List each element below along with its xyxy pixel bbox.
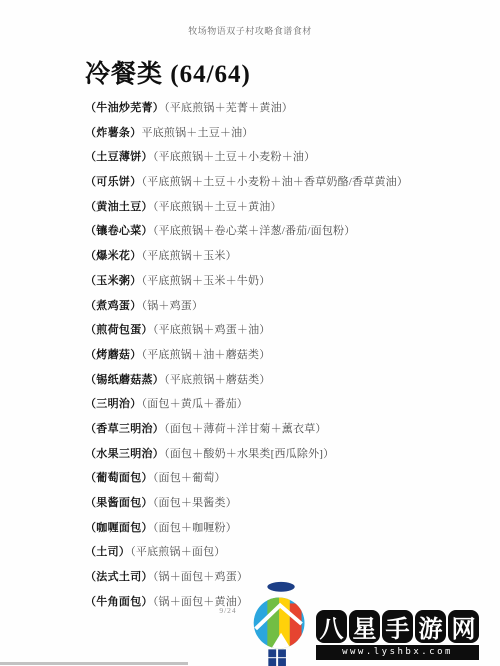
recipe-ingredients: （平底煎锅＋面包） bbox=[130, 546, 225, 558]
document-page: 牧场物语双子村攻略食谱食材 冷餐类 (64/64) （牛油炒芜菁）（平底煎锅＋芜… bbox=[0, 0, 500, 666]
recipe-name: （可乐饼） bbox=[85, 176, 142, 188]
seal-character: 手 bbox=[382, 610, 413, 643]
recipe-row: （土司）（平底煎锅＋面包） bbox=[85, 540, 490, 565]
recipe-name: （土豆薄饼） bbox=[85, 151, 153, 163]
site-name-seal-blocks: 八 星 手 游 网 bbox=[316, 610, 479, 643]
recipe-name: （法式土司） bbox=[85, 571, 153, 583]
recipe-name: （煮鸡蛋） bbox=[85, 300, 142, 312]
recipe-list: （牛油炒芜菁）（平底煎锅＋芜菁＋黄油） （炸薯条）平底煎锅＋土豆＋油） （土豆薄… bbox=[85, 96, 490, 614]
recipe-name: （烤蘑菇） bbox=[85, 349, 142, 361]
recipe-row: （炸薯条）平底煎锅＋土豆＋油） bbox=[85, 121, 490, 146]
recipe-row: （黄油土豆）（平底煎锅＋土豆＋黄油） bbox=[85, 195, 490, 220]
recipe-name: （爆米花） bbox=[85, 250, 142, 262]
recipe-name: （香草三明治） bbox=[85, 423, 164, 435]
recipe-row: （葡萄面包）（面包＋葡萄） bbox=[85, 466, 490, 491]
recipe-name: （牛油炒芜菁） bbox=[85, 102, 164, 114]
recipe-row: （香草三明治）（面包＋薄荷＋洋甘菊＋薰衣草） bbox=[85, 417, 490, 442]
recipe-row: （可乐饼）（平底煎锅＋土豆＋小麦粉＋油＋香草奶酪/香草黄油） bbox=[85, 170, 490, 195]
recipe-ingredients: （面包＋黄瓜＋番茄） bbox=[142, 398, 249, 410]
page-edge-shadow bbox=[0, 662, 188, 665]
recipe-name: （煎荷包蛋） bbox=[85, 324, 153, 336]
site-logo-icon bbox=[252, 578, 314, 666]
recipe-ingredients: 平底煎锅＋土豆＋油） bbox=[142, 127, 254, 139]
recipe-ingredients: （平底煎锅＋鸡蛋＋油） bbox=[153, 324, 271, 336]
recipe-row: （煎荷包蛋）（平底煎锅＋鸡蛋＋油） bbox=[85, 318, 490, 343]
recipe-name: （葡萄面包） bbox=[85, 472, 153, 484]
recipe-name: （三明治） bbox=[85, 398, 142, 410]
recipe-ingredients: （面包＋薄荷＋洋甘菊＋薰衣草） bbox=[164, 423, 327, 435]
recipe-row: （镶卷心菜）（平底煎锅＋卷心菜＋洋葱/番茄/面包粉） bbox=[85, 219, 490, 244]
recipe-row: （锡纸蘑菇蒸）（平底煎锅＋蘑菇类） bbox=[85, 368, 490, 393]
recipe-ingredients: （面包＋果酱类） bbox=[153, 497, 237, 509]
recipe-row: （土豆薄饼）（平底煎锅＋土豆＋小麦粉＋油） bbox=[85, 145, 490, 170]
recipe-name: （镶卷心菜） bbox=[85, 225, 153, 237]
recipe-name: （锡纸蘑菇蒸） bbox=[85, 374, 164, 386]
recipe-ingredients: （平底煎锅＋玉米＋牛奶） bbox=[142, 275, 271, 287]
seal-character: 八 bbox=[316, 610, 347, 643]
recipe-name: （水果三明治） bbox=[85, 448, 164, 460]
recipe-ingredients: （平底煎锅＋芜菁＋黄油） bbox=[164, 102, 293, 114]
recipe-name: （玉米粥） bbox=[85, 275, 142, 287]
recipe-row: （三明治）（面包＋黄瓜＋番茄） bbox=[85, 392, 490, 417]
recipe-row: （玉米粥）（平底煎锅＋玉米＋牛奶） bbox=[85, 269, 490, 294]
page-title: 冷餐类 (64/64) bbox=[85, 54, 251, 90]
recipe-name: （咖喱面包） bbox=[85, 522, 153, 534]
recipe-ingredients: （面包＋葡萄） bbox=[153, 472, 226, 484]
watermark: 八 星 手 游 网 www.lyshbx.com bbox=[252, 576, 500, 666]
recipe-name: （炸薯条） bbox=[85, 127, 142, 139]
recipe-name: （黄油土豆） bbox=[85, 201, 153, 213]
recipe-row: （水果三明治）（面包＋酸奶＋水果类[西瓜除外]） bbox=[85, 442, 490, 467]
recipe-ingredients: （平底煎锅＋土豆＋小麦粉＋油＋香草奶酪/香草黄油） bbox=[142, 176, 409, 188]
seal-character: 游 bbox=[415, 610, 446, 643]
recipe-name: （牛角面包） bbox=[85, 596, 153, 608]
recipe-ingredients: （平底煎锅＋卷心菜＋洋葱/番茄/面包粉） bbox=[153, 225, 356, 237]
recipe-name: （果酱面包） bbox=[85, 497, 153, 509]
recipe-ingredients: （平底煎锅＋土豆＋黄油） bbox=[153, 201, 282, 213]
recipe-ingredients: （面包＋咖喱粉） bbox=[153, 522, 237, 534]
recipe-row: （咖喱面包）（面包＋咖喱粉） bbox=[85, 516, 490, 541]
recipe-row: （爆米花）（平底煎锅＋玉米） bbox=[85, 244, 490, 269]
recipe-ingredients: （平底煎锅＋土豆＋小麦粉＋油） bbox=[153, 151, 316, 163]
recipe-row: （果酱面包）（面包＋果酱类） bbox=[85, 491, 490, 516]
recipe-ingredients: （平底煎锅＋油＋蘑菇类） bbox=[142, 349, 271, 361]
recipe-ingredients: （锅＋鸡蛋） bbox=[142, 300, 204, 312]
recipe-ingredients: （平底煎锅＋蘑菇类） bbox=[164, 374, 271, 386]
recipe-ingredients: （平底煎锅＋玉米） bbox=[142, 250, 237, 262]
recipe-ingredients: （面包＋酸奶＋水果类[西瓜除外]） bbox=[164, 448, 334, 460]
seal-character: 星 bbox=[349, 610, 380, 643]
site-url: www.lyshbx.com bbox=[316, 645, 479, 660]
page-number: 9/24 bbox=[203, 606, 253, 615]
recipe-row: （烤蘑菇）（平底煎锅＋油＋蘑菇类） bbox=[85, 343, 490, 368]
document-header-text: 牧场物语双子村攻略食谱食材 bbox=[0, 24, 500, 37]
recipe-ingredients: （锅＋面包＋鸡蛋） bbox=[153, 571, 248, 583]
recipe-row: （牛油炒芜菁）（平底煎锅＋芜菁＋黄油） bbox=[85, 96, 490, 121]
seal-character: 网 bbox=[448, 610, 479, 643]
recipe-row: （煮鸡蛋）（锅＋鸡蛋） bbox=[85, 294, 490, 319]
recipe-name: （土司） bbox=[85, 546, 130, 558]
